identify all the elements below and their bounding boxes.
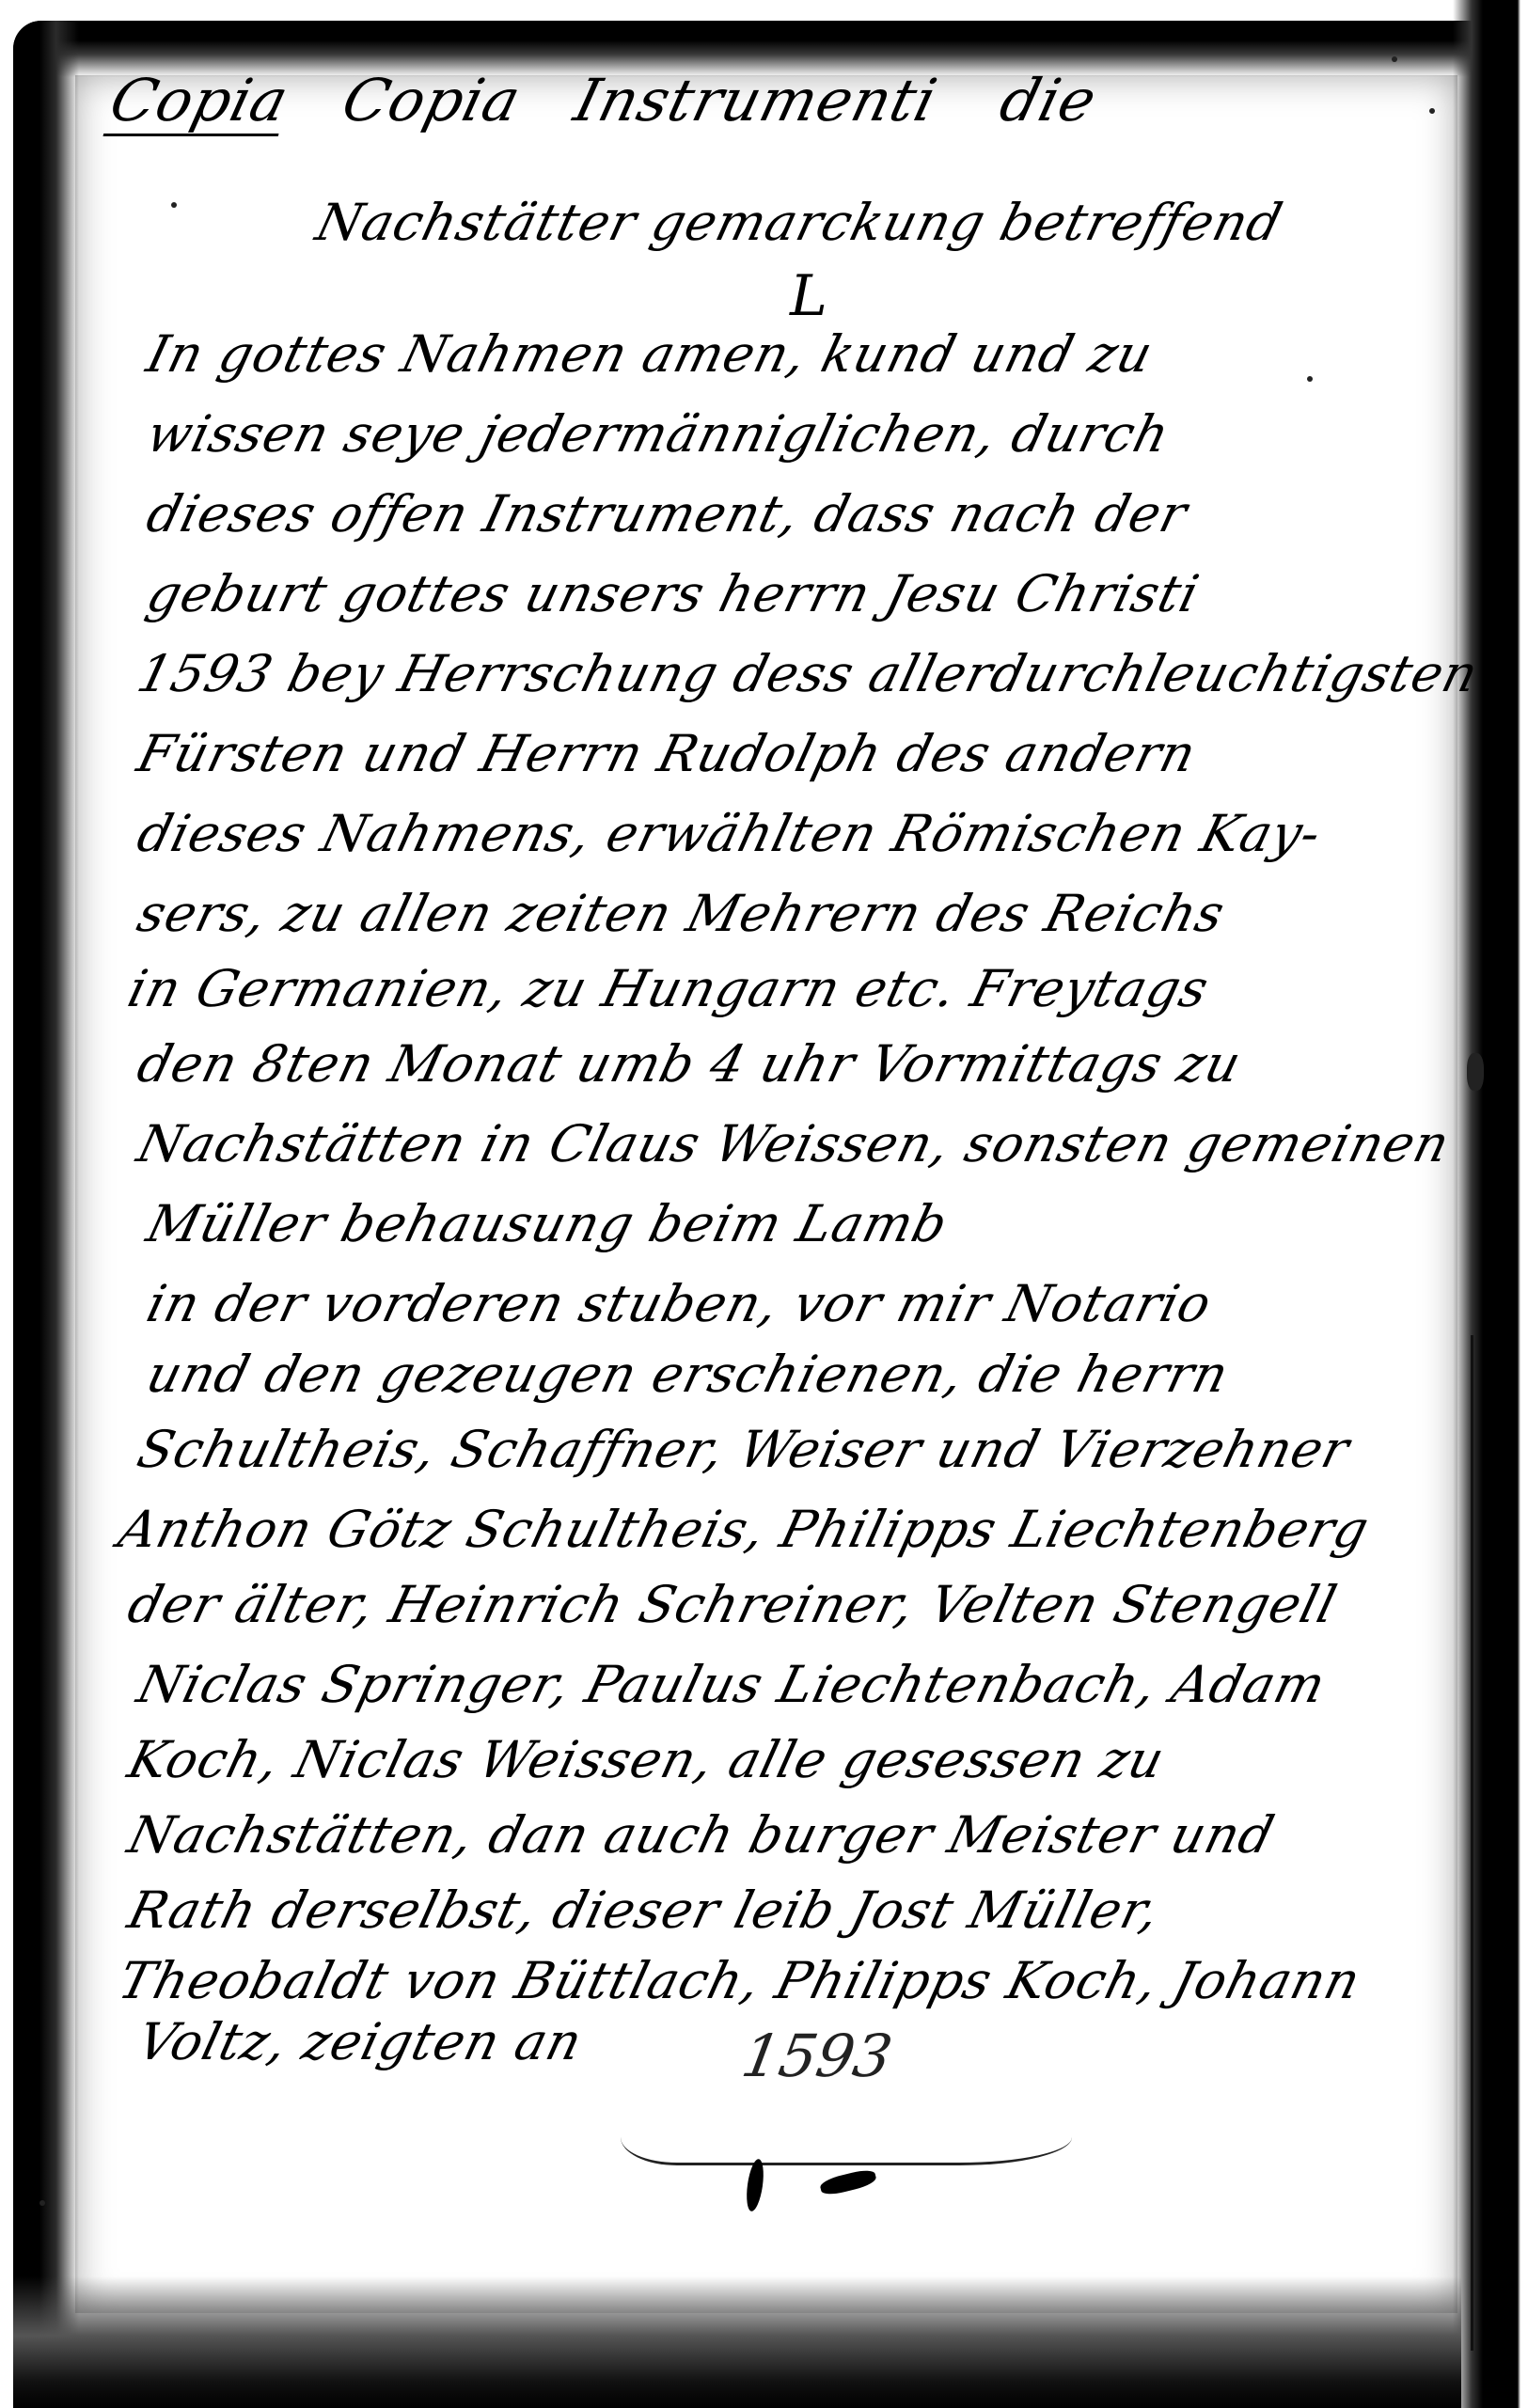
footer-date: 1593 xyxy=(737,2022,898,2090)
text-line-6: Fürsten und Herrn Rudolph des andern xyxy=(132,724,1203,783)
heading-copia-2: Copia xyxy=(336,66,528,134)
text-line-14: und den gezeugen erschienen, die herrn xyxy=(141,1345,1235,1404)
text-line-4: geburt gottes unsers herrn Jesu Christi xyxy=(141,564,1205,623)
text-line-23: Voltz, zeigten an xyxy=(132,2012,589,2071)
small-mark: L xyxy=(790,263,827,329)
text-line-17: der älter, Heinrich Schreiner, Velten St… xyxy=(122,1575,1343,1634)
text-line-10: den 8ten Monat umb 4 uhr Vormittags zu xyxy=(132,1034,1248,1094)
text-line-1: In gottes Nahmen amen, kund und zu xyxy=(141,324,1159,384)
date-flourish xyxy=(621,2125,1072,2165)
text-line-12: Müller behausung beim Lamb xyxy=(141,1194,954,1253)
scanned-page: Copia Copia Instrumenti die Nachstätter … xyxy=(0,0,1528,2408)
text-line-2: wissen seye jedermänniglichen, durch xyxy=(141,404,1175,464)
text-line-15: Schultheis, Schaffner, Weiser und Vierze… xyxy=(132,1420,1356,1479)
text-line-11: Nachstätten in Claus Weissen, sonsten ge… xyxy=(132,1114,1456,1173)
heading-die: die xyxy=(994,66,1104,134)
text-line-5: 1593 bey Herrschung dess allerdurchleuch… xyxy=(132,644,1485,703)
text-line-9: in Germanien, zu Hungarn etc. Freytags xyxy=(122,959,1215,1018)
text-line-13: in der vorderen stuben, vor mir Notario xyxy=(141,1274,1218,1333)
subheading-line: Nachstätter gemarckung betreffend xyxy=(310,193,1288,252)
text-line-8: sers, zu allen zeiten Mehrern des Reichs xyxy=(132,884,1231,943)
text-line-19: Koch, Niclas Weissen, alle gesessen zu xyxy=(122,1730,1171,1789)
heading-line: Copia Copia Instrumenti die xyxy=(103,66,1104,134)
heading-copia-1: Copia xyxy=(103,66,295,134)
text-line-21: Rath derselbst, dieser leib Jost Müller, xyxy=(122,1881,1166,1940)
text-line-18: Niclas Springer, Paulus Liechtenbach, Ad… xyxy=(132,1655,1331,1714)
text-line-22: Theobaldt von Büttlach, Philipps Koch, J… xyxy=(113,1951,1366,2010)
text-line-7: dieses Nahmens, erwählten Römischen Kay- xyxy=(132,804,1328,863)
text-line-16: Anthon Götz Schultheis, Philipps Liechte… xyxy=(113,1500,1376,1559)
text-line-20: Nachstätten, dan auch burger Meister und xyxy=(122,1805,1281,1865)
text-line-3: dieses offen Instrument, dass nach der xyxy=(141,484,1193,543)
heading-instrumenti: Instrumenti xyxy=(568,66,944,134)
